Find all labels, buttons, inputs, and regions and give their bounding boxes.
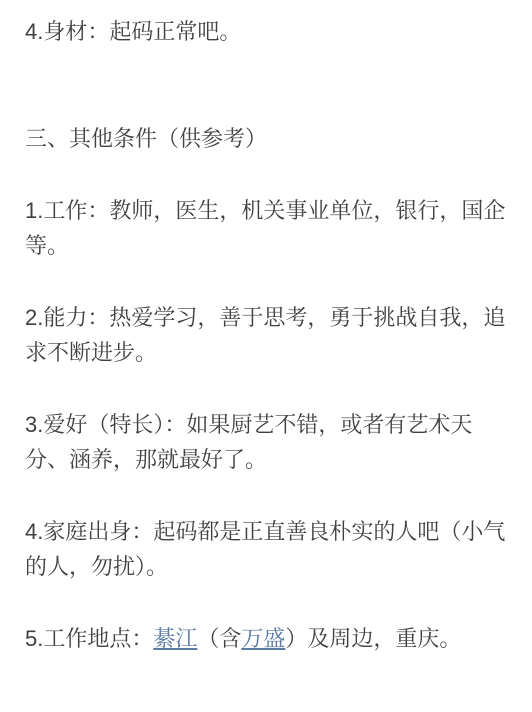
paragraph-hobby-requirement: 3.爱好（特长）：如果厨艺不错，或者有艺术天分、涵养，那就最好了。 <box>25 407 507 477</box>
work-location-suffix: ）及周边，重庆。 <box>285 626 461 651</box>
paragraph-job-requirement: 1.工作：教师，医生，机关事业单位，银行，国企等。 <box>25 193 507 263</box>
paragraph-ability-requirement: 2.能力：热爱学习，善于思考，勇于挑战自我，追求不断进步。 <box>25 300 507 370</box>
paragraph-family-requirement: 4.家庭出身：起码都是正直善良朴实的人吧（小气的人，勿扰）。 <box>25 514 507 584</box>
work-location-middle: （含 <box>197 626 241 651</box>
article-body: 4.身材：起码正常吧。 三、其他条件（供参考） 1.工作：教师，医生，机关事业单… <box>0 0 532 656</box>
link-wansheng[interactable]: 万盛 <box>241 626 285 651</box>
paragraph-work-location: 5.工作地点：綦江（含万盛）及周边，重庆。 <box>25 621 507 656</box>
work-location-prefix: 5.工作地点： <box>25 626 153 651</box>
paragraph-figure-requirement: 4.身材：起码正常吧。 <box>25 14 507 49</box>
link-qijiang[interactable]: 綦江 <box>153 626 197 651</box>
section-heading-other-conditions: 三、其他条件（供参考） <box>25 121 507 156</box>
